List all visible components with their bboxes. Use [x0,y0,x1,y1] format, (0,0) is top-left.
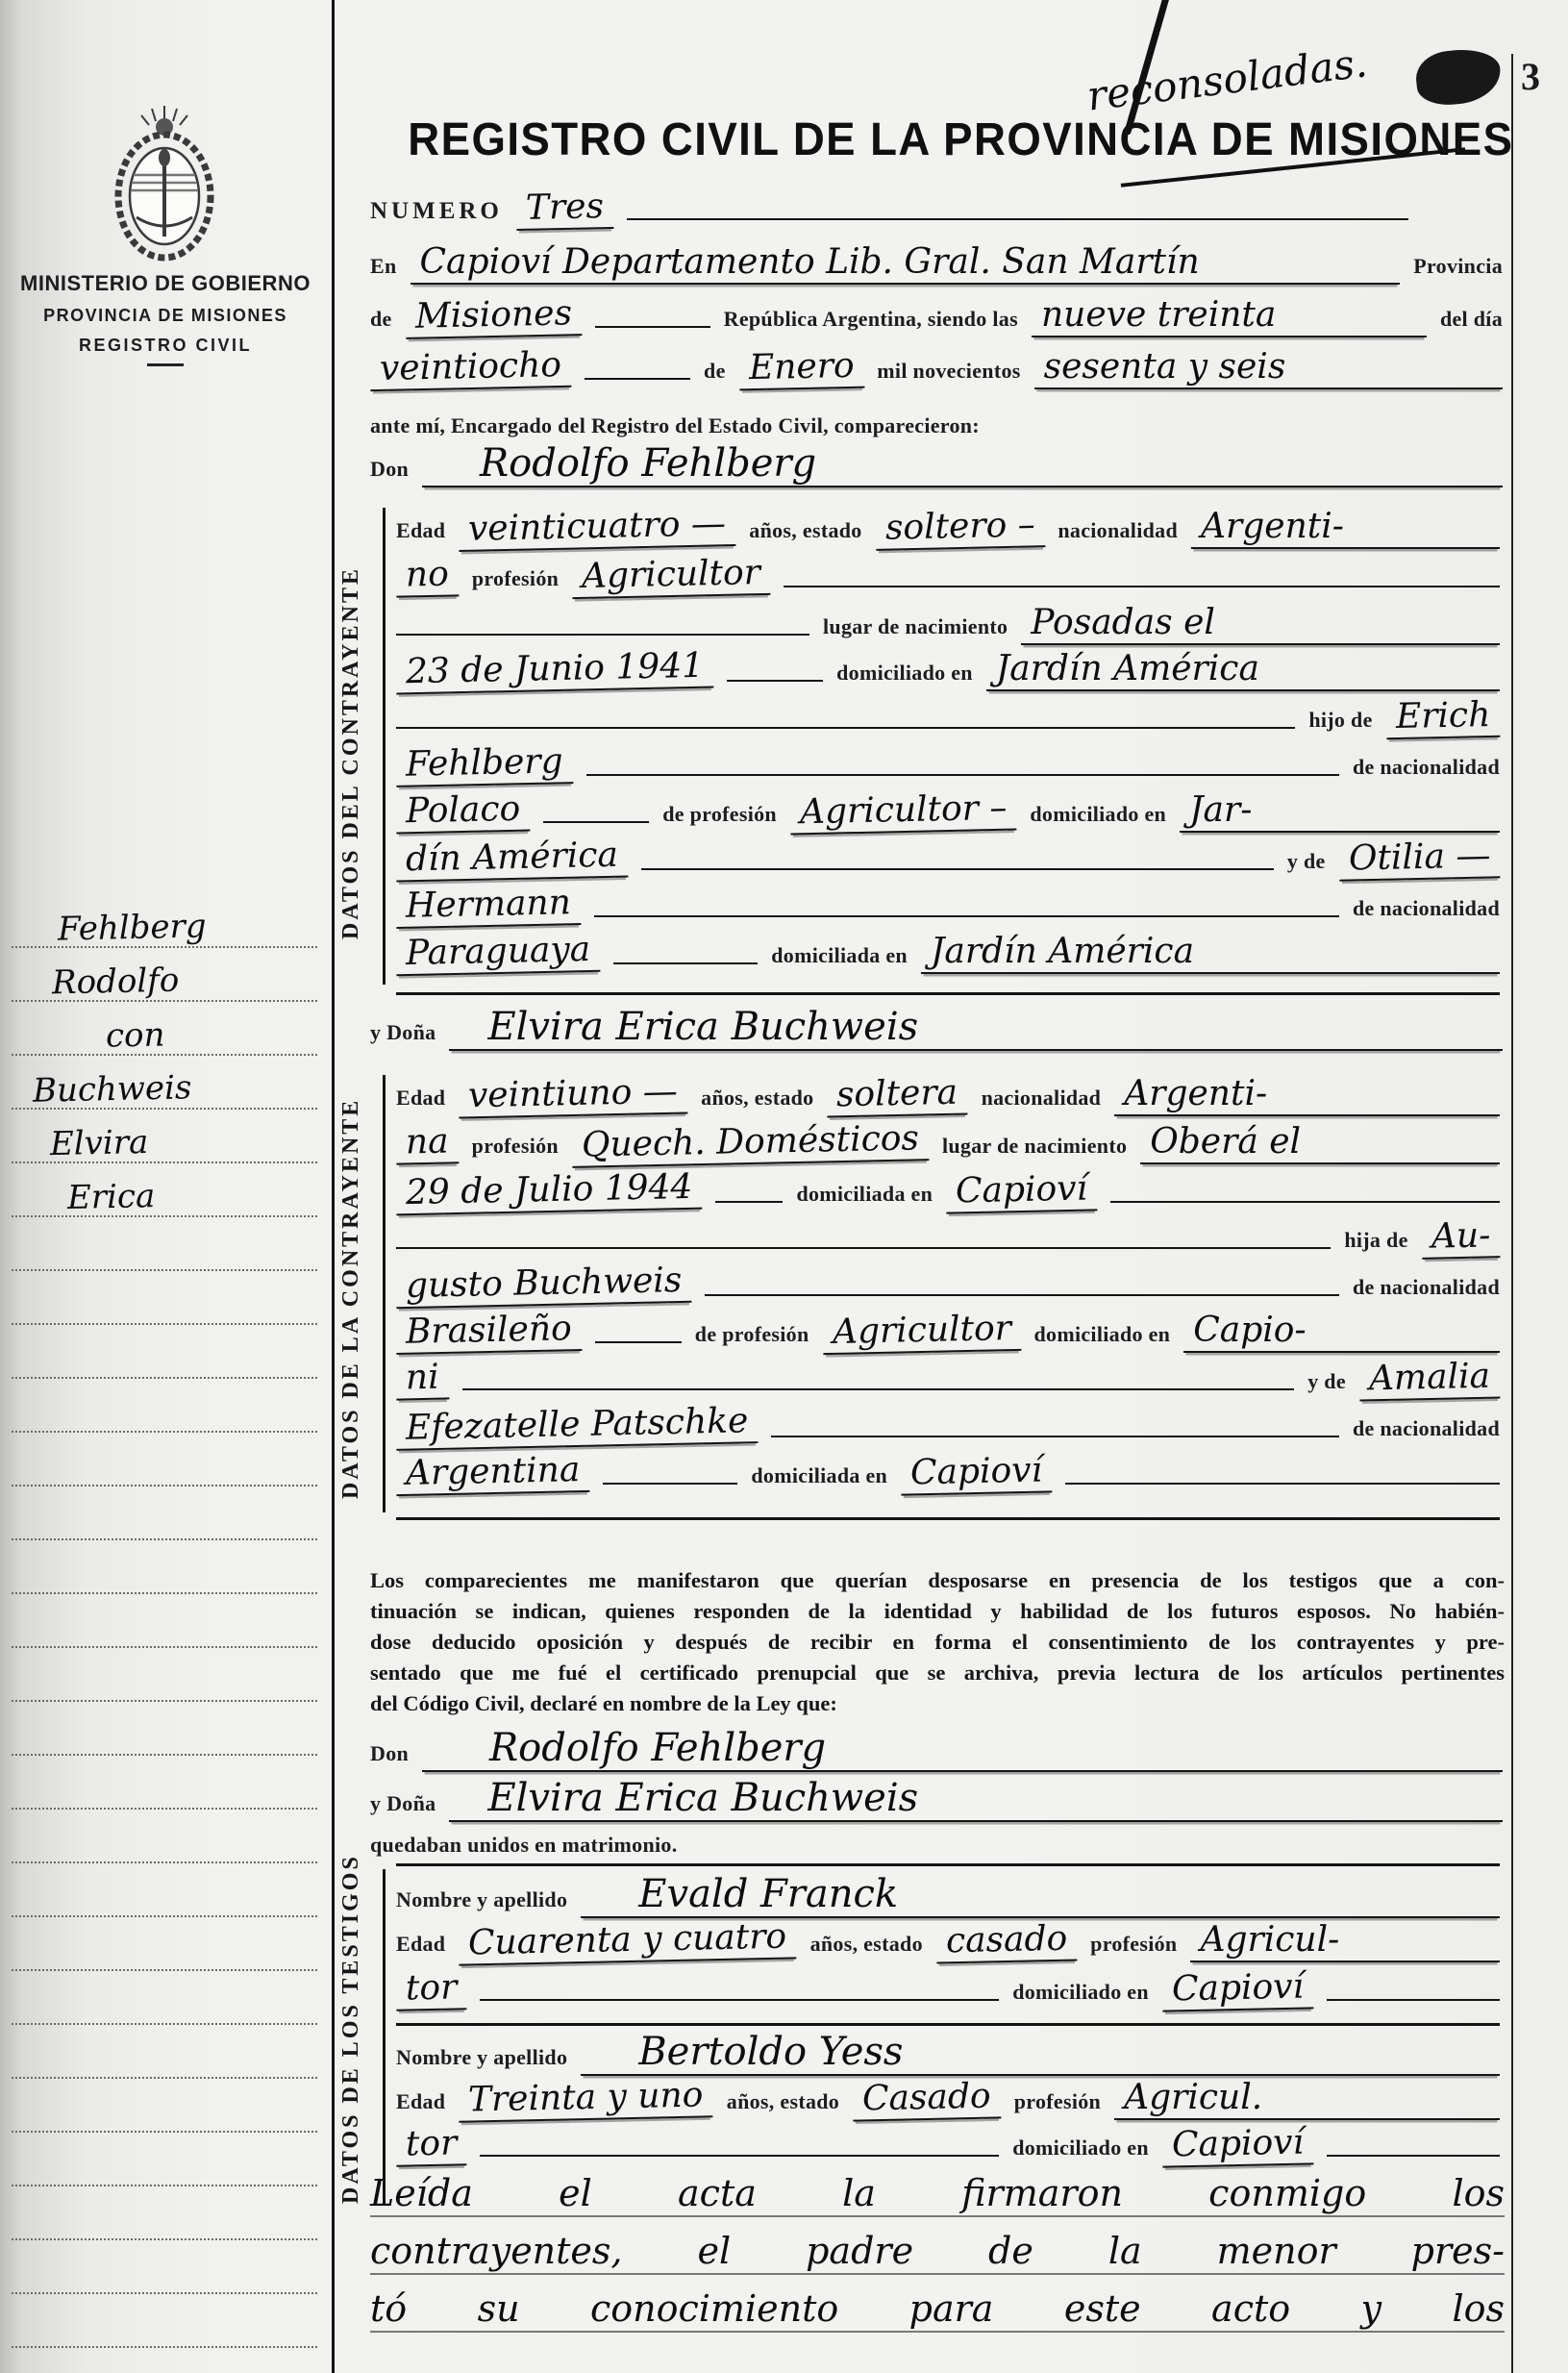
anos-estado-label: años, estado [810,1932,923,1957]
en-label: En [370,254,397,279]
groom-mother-name-1: Otilia — [1338,838,1500,881]
bride-mother-domicile: Capioví [901,1453,1053,1495]
hija-de-label: hija de [1344,1228,1407,1253]
de-profesion-label: de profesión [662,802,777,827]
married-line: quedaban unidos en matrimonio. [370,1833,678,1858]
groom-father-nationality: Polaco [396,792,531,835]
groom-father-detail-row: Polaco de profesión Agricultor – domicil… [396,793,1500,833]
rule-fill [1065,1483,1500,1485]
bride-father-profession: Agricultor [822,1311,1021,1355]
declaration-groom-row: Don Rodolfo Fehlberg [370,1729,1503,1772]
place-row: En Capioví Departamento Lib. Gral. San M… [370,245,1503,285]
groom-mother-name-2: Hermann [396,886,582,929]
margin-name: Erica [67,1180,156,1214]
margin-ruled-line [12,1917,317,1971]
bride-birthplace: Oberá el [1140,1125,1500,1164]
bride-father-row: hija de Au- [396,1219,1500,1259]
rule-fill [586,774,1339,776]
scanned-civil-registry-page: MINISTERIO DE GOBIERNO PROVINCIA DE MISI… [0,0,1568,2373]
groom-mother-row: dín América y de Otilia — [396,840,1500,880]
margin-ruled-line [12,2079,317,2133]
bride-father-name-2: gusto Buchweis [396,1263,692,1309]
closing-line: Leída el acta la firmaron conmigo los [370,2175,1505,2217]
margin-ruled-line [12,1971,317,2025]
nombre-apellido-label: Nombre y apellido [396,1887,567,1912]
rule-fill [585,378,690,380]
rule-fill [1110,1201,1500,1203]
margin-name-row: Buchweis [12,1056,317,1110]
margin-ruled-line [12,1325,317,1379]
profesion-label: profesión [472,566,559,591]
groom-birthplace-row: lugar de nacimiento Posadas el [396,606,1500,645]
paragraph-line: dose deducido oposición y después de rec… [370,1627,1505,1658]
y-de-label: y de [1287,849,1326,874]
bride-father-surname-row: gusto Buchweis de nacionalidad [396,1266,1500,1306]
witness-divider [396,2023,1500,2026]
margin-ruled-line [12,1756,317,1810]
de-nacionalidad-label: de nacionalidad [1353,896,1500,921]
margin-ruled-line [12,1217,317,1271]
margin-name-row: Fehlberg [12,894,317,948]
bride-name: Elvira Erica Buchweis [449,1008,1503,1051]
rule-fill [543,821,649,823]
lugar-nacimiento-label: lugar de nacimiento [942,1134,1127,1159]
legal-paragraph: Los comparecientes me manifestaron que q… [370,1565,1505,1719]
section-divider [396,992,1500,995]
margin-ruled-line [12,2294,317,2348]
margin-ruled-line [12,1810,317,1863]
witness1-profession-2: tor [396,1970,467,2011]
rule-fill [715,1201,783,1203]
rule-fill [727,680,823,682]
witness2-domicile-row: tor domiciliado en Capioví [396,2127,1500,2166]
margin-divider-rule [332,0,335,2373]
groom-father-surname-row: Fehlberg de nacionalidad [396,746,1500,786]
bride-mother-name-2: Efezatelle Patschke [396,1404,759,1451]
domiciliado-label: domiciliado en [1033,1322,1170,1347]
witness2-domicile: Capioví [1161,2125,1313,2167]
rule-fill [396,727,1295,729]
mil-novecientos-label: mil novecientos [877,359,1020,384]
margin-ruled-line [12,1702,317,1756]
bride-father-name-1: Au- [1421,1218,1500,1260]
witness2-name-row: Nombre y apellido Bertoldo Yess [396,2033,1500,2076]
groom-age: veinticuatro — [459,507,736,552]
don-label: Don [370,1741,409,1766]
margin-index-names: Fehlberg Rodolfo con Buchweis Elvira Eri… [12,894,317,2348]
bride-name-row: y Doña Elvira Erica Buchweis [370,1008,1503,1051]
year-value: sesenta y seis [1034,350,1503,389]
bride-mother-name-1: Amalia [1358,1359,1500,1401]
rule-fill [1327,2155,1500,2157]
bride-father-domicile-2: ni [396,1360,450,1400]
ministry-line1: MINISTERIO DE GOBIERNO [6,271,325,296]
rule-fill [462,1388,1295,1390]
bride-mother-domicile-row: Argentina domiciliada en Capioví [396,1455,1500,1494]
groom-nationality-1: Argenti- [1191,510,1500,549]
declaration-bride-row: y Doña Elvira Erica Buchweis [370,1779,1503,1822]
hijo-de-label: hijo de [1308,708,1372,733]
bride-estado: soltera [827,1075,968,1117]
nombre-apellido-label: Nombre y apellido [396,2045,567,2070]
anos-estado-label: años, estado [727,2089,839,2114]
margin-ruled-line [12,1648,317,1702]
month-value: Enero [738,349,863,391]
witness2-profession-2: tor [396,2126,467,2167]
bride-mother-surname-row: Efezatelle Patschke de nacionalidad [396,1408,1500,1447]
de-nacionalidad-label: de nacionalidad [1353,1275,1500,1300]
rule-fill [784,586,1500,587]
groom-mother-domicile: Jardín América [921,935,1500,974]
de2-label: de [704,359,726,384]
marginal-annotation: reconsoladas. [1085,42,1370,116]
margin-name: con [106,1018,165,1052]
margin-ruled-line [12,1863,317,1917]
margin-name-row: Rodolfo [12,948,317,1002]
margin-ruled-line [12,2133,317,2186]
witness2-name: Bertoldo Yess [581,2033,1500,2076]
edad-label: Edad [396,2089,445,2114]
margin-ruled-line [12,1594,317,1648]
rule-fill [396,634,809,636]
groom-birthdate-row: 23 de Junio 1941 domiciliado en Jardín A… [396,652,1500,691]
groom-name-row: Don Rodolfo Fehlberg [370,444,1503,487]
rule-fill [480,2155,999,2157]
numero-row: NUMERO Tres [370,190,1408,230]
rule-fill [705,1294,1339,1296]
domiciliado-label: domiciliado en [1012,2136,1149,2161]
margin-name: Fehlberg [58,910,207,945]
rule-fill [594,915,1339,917]
province-time-row: de Misiones República Argentina, siendo … [370,298,1503,337]
bride-nationality-1: Argenti- [1114,1077,1500,1116]
rule-fill [641,868,1274,870]
bride-birthdate: 29 de Julio 1944 [396,1170,703,1216]
de-profesion-label: de profesión [695,1322,809,1347]
groom-section-label: DATOS DEL CONTRAYENTE [338,527,373,979]
witness2-profession-1: Agricul. [1114,2081,1500,2120]
groom-estado: soltero – [875,508,1045,551]
rule-fill [595,326,710,328]
groom-age-row: Edad veinticuatro — años, estado soltero… [396,510,1500,549]
groom-birthdate: 23 de Junio 1941 [396,649,714,695]
margin-ruled-line [12,2186,317,2240]
edad-label: Edad [396,1932,445,1957]
witness1-age: Cuarenta y cuatro [459,1919,797,1965]
domiciliado-label: domiciliado en [836,661,973,686]
bride-father-domicile-1: Capio- [1183,1313,1500,1353]
groom-name: Rodolfo Fehlberg [422,444,1503,487]
profesion-label: profesión [1090,1932,1177,1957]
rule-fill [603,1483,737,1485]
section-divider [396,1517,1500,1520]
rule-fill [396,1247,1331,1249]
groom-birthplace: Posadas el [1021,606,1500,645]
closing-line: tó su conocimiento para este acto y los [370,2290,1505,2333]
witness1-name: Evald Franck [581,1875,1500,1918]
bride-profession: Quech. Domésticos [572,1121,930,1168]
witness2-age-row: Edad Treinta y uno años, estado Casado p… [396,2081,1500,2120]
margin-name-row: Elvira [12,1110,317,1163]
numero-value: Tres [515,189,613,231]
page-title: REGISTRO CIVIL DE LA PROVINCIA DE MISION… [408,113,1477,166]
coat-of-arms-icon [108,104,221,265]
y-de-label: y de [1307,1369,1346,1394]
don-label: Don [370,457,409,482]
ante-mi-label: ante mí, Encargado del Registro del Esta… [370,413,980,438]
bride-section-bracket [383,1075,386,1512]
witness1-domicile-row: tor domiciliado en Capioví [396,1971,1500,2011]
witness-section-bracket [383,1869,386,2206]
domiciliado-label: domiciliado en [1012,1980,1149,2005]
groom-mother-nationality: Paraguaya [396,933,601,976]
lugar-nacimiento-label: lugar de nacimiento [823,614,1008,639]
bride-birthdate-row: 29 de Julio 1944 domiciliada en Capioví [396,1173,1500,1212]
bride-mother-nationality: Argentina [396,1453,590,1496]
closing-line: contrayentes, el padre de la menor pres- [370,2233,1505,2275]
paragraph-line: tinuación se indican, quienes responden … [370,1596,1505,1627]
bride-age-row: Edad veintiuno — años, estado soltera na… [396,1077,1500,1116]
margin-ruled-line [12,1540,317,1594]
de-nacionalidad-label: de nacionalidad [1353,755,1500,780]
witness1-estado: casado [935,1921,1077,1963]
rule-fill [595,1341,682,1343]
province-value: Misiones [405,296,582,339]
declaration-bride-name: Elvira Erica Buchweis [449,1779,1503,1822]
domiciliada-label: domiciliada en [796,1182,933,1207]
de-nacionalidad-label: de nacionalidad [1353,1416,1500,1441]
groom-nationality-2: no [396,557,460,597]
margin-ruled-line [12,2025,317,2079]
groom-domicile: Jardín América [986,652,1500,691]
groom-mother-surname-row: Hermann de nacionalidad [396,887,1500,927]
witness2-age: Treinta y uno [459,2078,713,2123]
bride-father-nationality: Brasileño [396,1311,583,1355]
bride-profession-row: na profesión Quech. Domésticos lugar de … [396,1125,1500,1164]
provincia-label: Provincia [1413,254,1503,279]
ministry-underline [147,363,184,366]
ink-blot [1413,46,1503,109]
del-dia-label: del día [1440,307,1503,332]
paragraph-line: del Código Civil, declaré en nombre de l… [370,1688,1505,1719]
domiciliada-label: domiciliada en [771,943,908,968]
groom-profession: Agricultor [572,556,771,599]
domiciliada-label: domiciliada en [751,1463,887,1488]
numero-label: NUMERO [370,198,503,225]
rule-fill [771,1436,1339,1437]
anos-estado-label: años, estado [701,1086,813,1111]
ministry-line2: PROVINCIA DE MISIONES [6,306,325,326]
bride-age: veintiuno — [459,1075,688,1119]
ante-mi-row: ante mí, Encargado del Registro del Esta… [370,413,980,438]
witness1-age-row: Edad Cuarenta y cuatro años, estado casa… [396,1923,1500,1962]
margin-ruled-line [12,1271,317,1325]
margin-name: Elvira [50,1126,149,1161]
profesion-label: profesión [472,1134,559,1159]
margin-name: Buchweis [33,1071,192,1107]
bride-father-detail-row: Brasileño de profesión Agricultor domici… [396,1313,1500,1353]
groom-father-domicile-2: dín América [396,837,629,882]
bride-nationality-2: na [396,1124,460,1164]
page-number: 3 [1521,54,1540,99]
witness2-estado: Casado [853,2079,1001,2121]
bride-section-label: DATOS DE LA CONTRAYENTE [338,1085,373,1512]
witness1-domicile: Capioví [1161,1969,1313,2011]
anos-estado-label: años, estado [749,518,861,543]
place-value: Capioví Departamento Lib. Gral. San Mart… [411,245,1401,285]
rule-fill [1327,1999,1500,2001]
groom-father-name-1: Erich [1385,698,1500,739]
y-dona-label: y Doña [370,1791,436,1816]
section-divider [396,1863,1500,1866]
date-row: veintiocho de Enero mil novecientos sese… [370,350,1503,389]
witness1-profession-1: Agricul- [1190,1923,1500,1962]
groom-profession-row: no profesión Agricultor [396,558,1500,597]
paragraph-line: sentado que me fué el certificado prenup… [370,1658,1505,1688]
margin-ruled-line [12,1486,317,1540]
groom-section-bracket [383,508,386,985]
republica-label: República Argentina, siendo las [724,307,1018,332]
domiciliado-label: domiciliado en [1030,802,1166,827]
day-value: veintiocho [370,348,572,391]
groom-mother-domicile-row: Paraguaya domiciliada en Jardín América [396,935,1500,974]
rule-fill [480,1999,999,2001]
paragraph-line: Los comparecientes me manifestaron que q… [370,1565,1505,1596]
witness1-name-row: Nombre y apellido Evald Franck [396,1875,1500,1918]
margin-name: Rodolfo [52,964,180,1000]
edad-label: Edad [396,518,445,543]
rule-fill [613,962,758,964]
margin-ruled-line [12,1433,317,1486]
time-value: nueve treinta [1032,298,1427,337]
edad-label: Edad [396,1086,445,1111]
groom-father-profession: Agricultor – [790,791,1017,836]
ministry-block: MINISTERIO DE GOBIERNO PROVINCIA DE MISI… [6,271,325,366]
margin-ruled-line [12,1379,317,1433]
declaration-groom-name: Rodolfo Fehlberg [422,1729,1503,1772]
margin-name-row: con [12,1002,317,1056]
nacionalidad-label: nacionalidad [982,1086,1102,1111]
groom-father-name-2: Fehlberg [396,744,573,787]
y-dona-label: y Doña [370,1020,436,1045]
rule-fill [627,218,1408,220]
nacionalidad-label: nacionalidad [1058,518,1178,543]
margin-ruled-line [12,2240,317,2294]
profesion-label: profesión [1014,2089,1101,2114]
witness-section-label: DATOS DE LOS TESTIGOS [338,1877,373,2204]
ministry-line3: REGISTRO CIVIL [6,336,325,356]
margin-name-row: Erica [12,1163,317,1217]
bride-mother-row: ni y de Amalia [396,1361,1500,1400]
groom-father-domicile-1: Jar- [1180,793,1500,833]
groom-father-row: hijo de Erich [396,699,1500,738]
de-label: de [370,307,392,332]
bride-domicile: Capioví [946,1171,1098,1213]
right-edge-rule [1511,54,1513,2373]
married-line-row: quedaban unidos en matrimonio. [370,1833,678,1858]
